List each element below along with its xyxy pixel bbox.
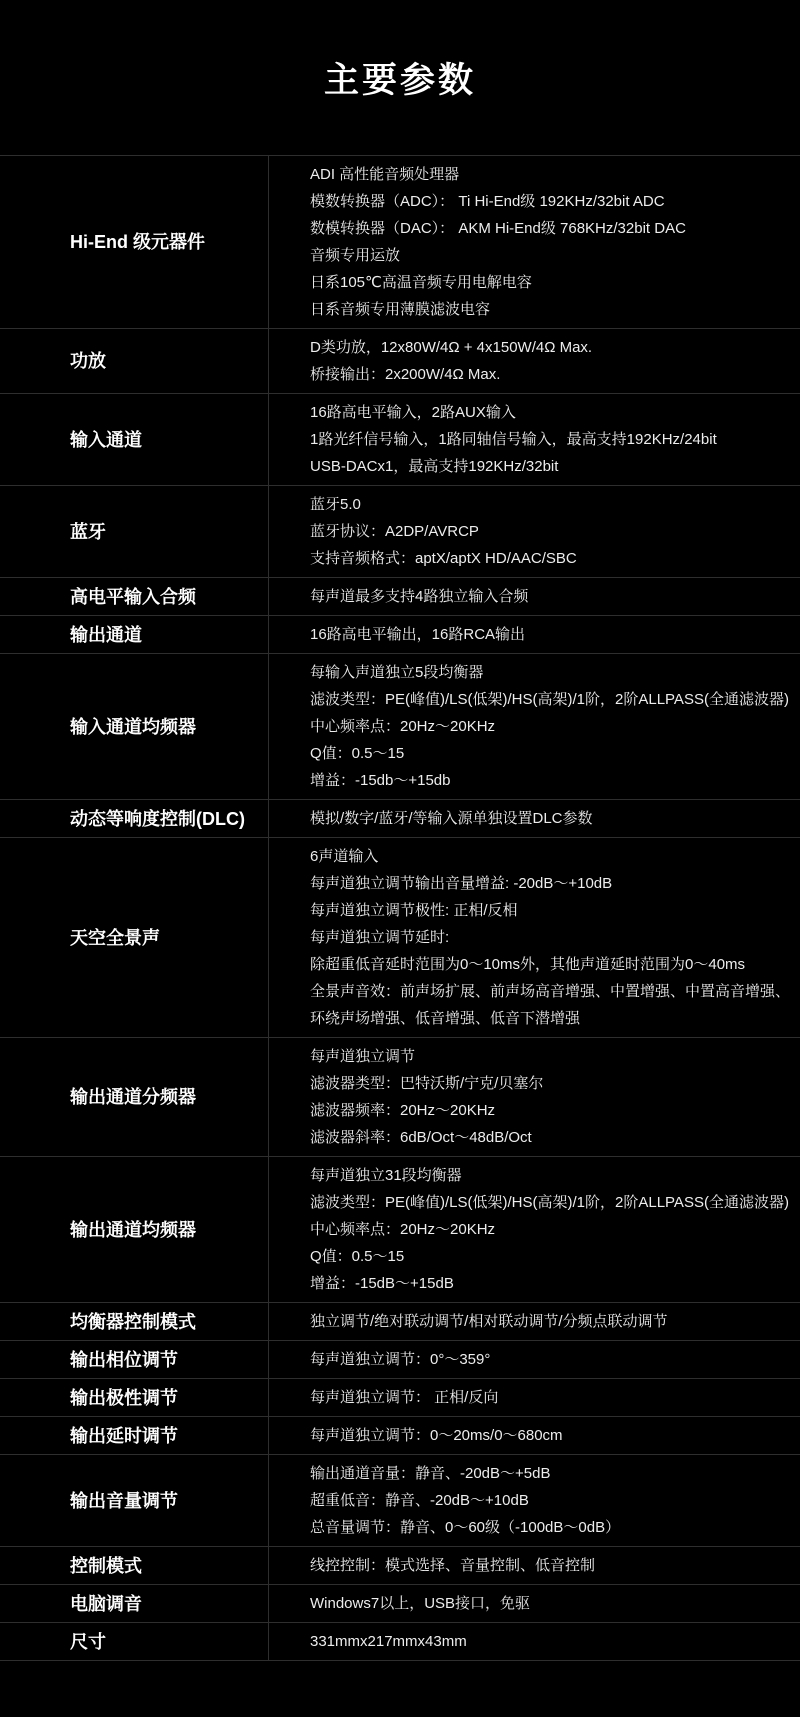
spec-label: 输入通道 xyxy=(0,394,269,485)
spec-value-line: 每声道独立调节：0～20ms/0～680cm xyxy=(310,1422,794,1449)
spec-label: 功放 xyxy=(0,329,269,393)
spec-value-cell: D类功放，12x80W/4Ω + 4x150W/4Ω Max.桥接输出：2x20… xyxy=(269,329,800,393)
spec-table: Hi-End 级元器件 ADI 高性能音频处理器模数转换器（ADC）： Ti H… xyxy=(0,155,800,1661)
spec-value-cell: 输出通道音量：静音、-20dB～+5dB超重低音：静音、-20dB～+10dB总… xyxy=(269,1455,800,1546)
spec-value-cell: 每声道最多支持4路独立输入合频 xyxy=(269,578,800,615)
spec-value-line: 每声道独立调节延时: xyxy=(310,924,794,951)
spec-row: 输入通道均频器 每输入声道独立5段均衡器滤波类型：PE(峰值)/LS(低架)/H… xyxy=(0,654,800,800)
spec-label: 均衡器控制模式 xyxy=(0,1303,269,1340)
spec-value-line: 滤波类型：PE(峰值)/LS(低架)/HS(高架)/1阶，2阶ALLPASS(全… xyxy=(310,1189,794,1216)
spec-value-line: 每声道最多支持4路独立输入合频 xyxy=(310,583,794,610)
title-bar: 主要参数 xyxy=(0,0,800,155)
spec-value-line: USB-DACx1，最高支持192KHz/32bit xyxy=(310,453,794,480)
spec-value-cell: ADI 高性能音频处理器模数转换器（ADC）： Ti Hi-End级 192KH… xyxy=(269,156,800,328)
spec-label: 天空全景声 xyxy=(0,838,269,1037)
spec-value-line: 日系音频专用薄膜滤波电容 xyxy=(310,296,794,323)
spec-label: 输出延时调节 xyxy=(0,1417,269,1454)
spec-value-line: 模拟/数字/蓝牙/等输入源单独设置DLC参数 xyxy=(310,805,794,832)
spec-value-line: 1路光纤信号输入，1路同轴信号输入，最高支持192KHz/24bit xyxy=(310,426,794,453)
spec-value-line: 每声道独立31段均衡器 xyxy=(310,1162,794,1189)
spec-label: 输出极性调节 xyxy=(0,1379,269,1416)
spec-value-cell: 蓝牙5.0蓝牙协议：A2DP/AVRCP支持音频格式：aptX/aptX HD/… xyxy=(269,486,800,577)
spec-value-cell: 线控控制：模式选择、音量控制、低音控制 xyxy=(269,1547,800,1584)
spec-value-line: 除超重低音延时范围为0～10ms外，其他声道延时范围为0～40ms xyxy=(310,951,794,978)
spec-row: 输出音量调节 输出通道音量：静音、-20dB～+5dB超重低音：静音、-20dB… xyxy=(0,1455,800,1547)
spec-value-line: 每声道独立调节输出音量增益: -20dB～+10dB xyxy=(310,870,794,897)
spec-value-line: 滤波器频率：20Hz～20KHz xyxy=(310,1097,794,1124)
spec-label: 输出通道 xyxy=(0,616,269,653)
page-title: 主要参数 xyxy=(324,53,476,103)
spec-label: 控制模式 xyxy=(0,1547,269,1584)
spec-value-cell: 331mmx217mmx43mm xyxy=(269,1623,800,1660)
spec-label: 输出音量调节 xyxy=(0,1455,269,1546)
spec-value-cell: 每声道独立31段均衡器滤波类型：PE(峰值)/LS(低架)/HS(高架)/1阶，… xyxy=(269,1157,800,1302)
spec-value-line: 中心频率点：20Hz～20KHz xyxy=(310,713,794,740)
spec-value-line: 蓝牙协议：A2DP/AVRCP xyxy=(310,518,794,545)
spec-row: 输出通道分频器 每声道独立调节滤波器类型：巴特沃斯/宁克/贝塞尔滤波器频率：20… xyxy=(0,1038,800,1157)
spec-value-line: 中心频率点：20Hz～20KHz xyxy=(310,1216,794,1243)
spec-value-line: 环绕声场增强、低音增强、低音下潜增强 xyxy=(310,1005,794,1032)
spec-label: 蓝牙 xyxy=(0,486,269,577)
spec-value-line: 16路高电平输入，2路AUX输入 xyxy=(310,399,794,426)
spec-value-line: 331mmx217mmx43mm xyxy=(310,1628,794,1655)
spec-row: 输入通道 16路高电平输入，2路AUX输入1路光纤信号输入，1路同轴信号输入，最… xyxy=(0,394,800,486)
spec-value-cell: 模拟/数字/蓝牙/等输入源单独设置DLC参数 xyxy=(269,800,800,837)
spec-label: 输入通道均频器 xyxy=(0,654,269,799)
spec-row: 动态等响度控制(DLC) 模拟/数字/蓝牙/等输入源单独设置DLC参数 xyxy=(0,800,800,838)
spec-value-cell: 6声道输入每声道独立调节输出音量增益: -20dB～+10dB每声道独立调节极性… xyxy=(269,838,800,1037)
spec-value-line: 输出通道音量：静音、-20dB～+5dB xyxy=(310,1460,794,1487)
spec-label: 输出通道分频器 xyxy=(0,1038,269,1156)
spec-row: 电脑调音 Windows7以上，USB接口，免驱 xyxy=(0,1585,800,1623)
spec-value-line: 6声道输入 xyxy=(310,843,794,870)
spec-label: Hi-End 级元器件 xyxy=(0,156,269,328)
spec-row: 高电平输入合频 每声道最多支持4路独立输入合频 xyxy=(0,578,800,616)
spec-value-line: 支持音频格式：aptX/aptX HD/AAC/SBC xyxy=(310,545,794,572)
spec-value-cell: 每声道独立调节： 正相/反向 xyxy=(269,1379,800,1416)
spec-value-cell: 16路高电平输入，2路AUX输入1路光纤信号输入，1路同轴信号输入，最高支持19… xyxy=(269,394,800,485)
spec-row: 输出通道 16路高电平输出，16路RCA输出 xyxy=(0,616,800,654)
spec-value-line: 线控控制：模式选择、音量控制、低音控制 xyxy=(310,1552,794,1579)
spec-row: 控制模式 线控控制：模式选择、音量控制、低音控制 xyxy=(0,1547,800,1585)
spec-row: Hi-End 级元器件 ADI 高性能音频处理器模数转换器（ADC）： Ti H… xyxy=(0,156,800,329)
spec-value-line: 增益：-15db～+15db xyxy=(310,767,794,794)
spec-value-line: 滤波器斜率：6dB/Oct～48dB/Oct xyxy=(310,1124,794,1151)
spec-row: 天空全景声 6声道输入每声道独立调节输出音量增益: -20dB～+10dB每声道… xyxy=(0,838,800,1038)
spec-value-line: 蓝牙5.0 xyxy=(310,491,794,518)
spec-value-cell: 每声道独立调节：0～20ms/0～680cm xyxy=(269,1417,800,1454)
spec-value-line: 滤波器类型：巴特沃斯/宁克/贝塞尔 xyxy=(310,1070,794,1097)
spec-row: 功放 D类功放，12x80W/4Ω + 4x150W/4Ω Max.桥接输出：2… xyxy=(0,329,800,394)
spec-value-line: 滤波类型：PE(峰值)/LS(低架)/HS(高架)/1阶，2阶ALLPASS(全… xyxy=(310,686,794,713)
spec-label: 输出相位调节 xyxy=(0,1341,269,1378)
spec-value-line: 桥接输出：2x200W/4Ω Max. xyxy=(310,361,794,388)
spec-value-cell: 16路高电平输出，16路RCA输出 xyxy=(269,616,800,653)
spec-value-line: 日系105℃高温音频专用电解电容 xyxy=(310,269,794,296)
spec-value-cell: Windows7以上，USB接口，免驱 xyxy=(269,1585,800,1622)
spec-value-cell: 每声道独立调节：0°～359° xyxy=(269,1341,800,1378)
spec-label: 高电平输入合频 xyxy=(0,578,269,615)
spec-value-cell: 每声道独立调节滤波器类型：巴特沃斯/宁克/贝塞尔滤波器频率：20Hz～20KHz… xyxy=(269,1038,800,1156)
spec-value-line: 数模转换器（DAC）： AKM Hi-End级 768KHz/32bit DAC xyxy=(310,215,794,242)
spec-row: 蓝牙 蓝牙5.0蓝牙协议：A2DP/AVRCP支持音频格式：aptX/aptX … xyxy=(0,486,800,578)
spec-value-line: 模数转换器（ADC）： Ti Hi-End级 192KHz/32bit ADC xyxy=(310,188,794,215)
spec-value-line: D类功放，12x80W/4Ω + 4x150W/4Ω Max. xyxy=(310,334,794,361)
spec-label: 输出通道均频器 xyxy=(0,1157,269,1302)
spec-value-line: 每声道独立调节： 正相/反向 xyxy=(310,1384,794,1411)
spec-value-line: 每声道独立调节：0°～359° xyxy=(310,1346,794,1373)
spec-value-line: 总音量调节：静音、0～60级（-100dB～0dB） xyxy=(310,1514,794,1541)
spec-row: 输出通道均频器 每声道独立31段均衡器滤波类型：PE(峰值)/LS(低架)/HS… xyxy=(0,1157,800,1303)
spec-value-cell: 每输入声道独立5段均衡器滤波类型：PE(峰值)/LS(低架)/HS(高架)/1阶… xyxy=(269,654,800,799)
spec-value-line: Q值：0.5～15 xyxy=(310,1243,794,1270)
spec-value-cell: 独立调节/绝对联动调节/相对联动调节/分频点联动调节 xyxy=(269,1303,800,1340)
spec-value-line: 16路高电平输出，16路RCA输出 xyxy=(310,621,794,648)
spec-value-line: 独立调节/绝对联动调节/相对联动调节/分频点联动调节 xyxy=(310,1308,794,1335)
spec-value-line: ADI 高性能音频处理器 xyxy=(310,161,794,188)
spec-value-line: Windows7以上，USB接口，免驱 xyxy=(310,1590,794,1617)
spec-row: 输出极性调节 每声道独立调节： 正相/反向 xyxy=(0,1379,800,1417)
spec-row: 均衡器控制模式 独立调节/绝对联动调节/相对联动调节/分频点联动调节 xyxy=(0,1303,800,1341)
spec-row: 输出延时调节 每声道独立调节：0～20ms/0～680cm xyxy=(0,1417,800,1455)
spec-value-line: 全景声音效：前声场扩展、前声场高音增强、中置增强、中置高音增强、 xyxy=(310,978,794,1005)
spec-value-line: 超重低音：静音、-20dB～+10dB xyxy=(310,1487,794,1514)
spec-value-line: 增益：-15dB～+15dB xyxy=(310,1270,794,1297)
spec-value-line: 每声道独立调节 xyxy=(310,1043,794,1070)
spec-value-line: 每输入声道独立5段均衡器 xyxy=(310,659,794,686)
spec-row: 尺寸 331mmx217mmx43mm xyxy=(0,1623,800,1661)
spec-label: 尺寸 xyxy=(0,1623,269,1660)
spec-value-line: 音频专用运放 xyxy=(310,242,794,269)
spec-label: 电脑调音 xyxy=(0,1585,269,1622)
spec-value-line: Q值：0.5～15 xyxy=(310,740,794,767)
spec-label: 动态等响度控制(DLC) xyxy=(0,800,269,837)
spec-value-line: 每声道独立调节极性: 正相/反相 xyxy=(310,897,794,924)
spec-row: 输出相位调节 每声道独立调节：0°～359° xyxy=(0,1341,800,1379)
